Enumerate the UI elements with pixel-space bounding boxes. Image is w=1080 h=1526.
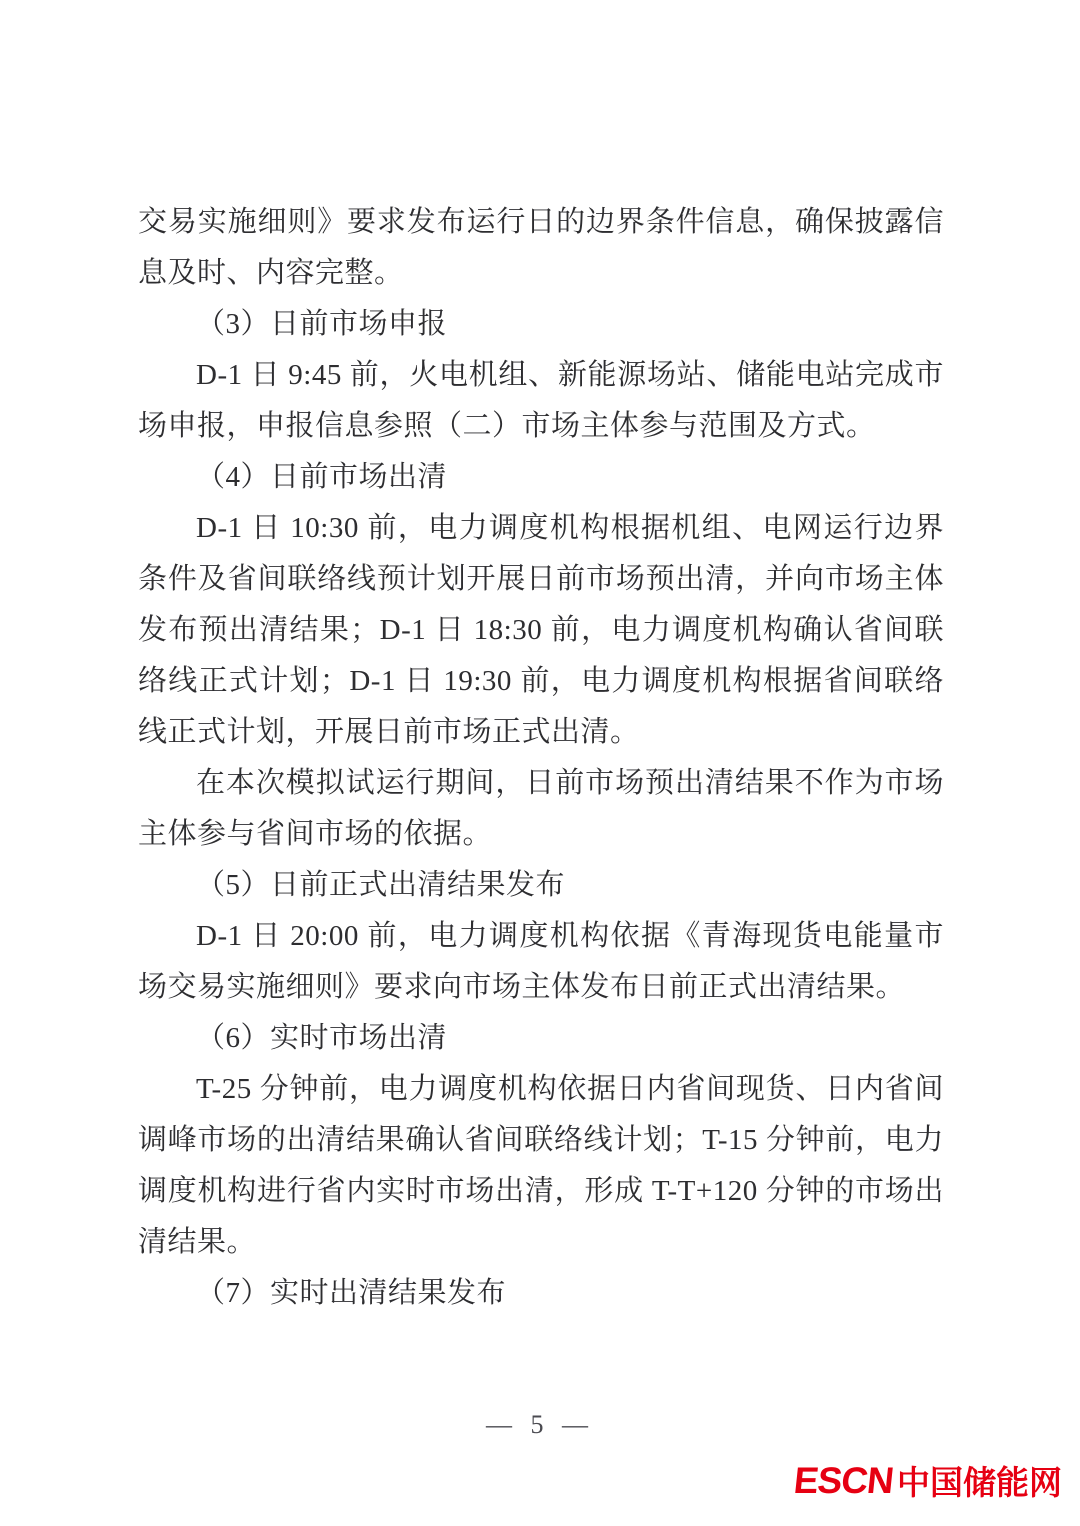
paragraph-simulation-note: 在本次模拟试运行期间，日前市场预出清结果不作为市场主体参与省间市场的依据。 xyxy=(138,758,944,860)
section-heading-realtime-results: （7）实时出清结果发布 xyxy=(138,1268,944,1319)
page-number: — 5 — xyxy=(0,1406,1080,1444)
section-heading-day-ahead-bidding: （3）日前市场申报 xyxy=(138,299,944,350)
paragraph-continuation: 交易实施细则》要求发布运行日的边界条件信息，确保披露信息及时、内容完整。 xyxy=(138,197,944,299)
paragraph-day-ahead-clearing: D-1 日 10:30 前，电力调度机构根据机组、电网运行边界条件及省间联络线预… xyxy=(138,503,944,758)
document-page: 交易实施细则》要求发布运行日的边界条件信息，确保披露信息及时、内容完整。 （3）… xyxy=(0,0,1080,1526)
paragraph-realtime-clearing: T-25 分钟前，电力调度机构依据日内省间现货、日内省间调峰市场的出清结果确认省… xyxy=(138,1064,944,1268)
document-body: 交易实施细则》要求发布运行日的边界条件信息，确保披露信息及时、内容完整。 （3）… xyxy=(138,197,944,1319)
section-heading-day-ahead-results: （5）日前正式出清结果发布 xyxy=(138,860,944,911)
escn-logo-chinese-text: 中国储能网 xyxy=(897,1457,1062,1504)
paragraph-day-ahead-bidding: D-1 日 9:45 前，火电机组、新能源场站、储能电站完成市场申报，申报信息参… xyxy=(138,350,944,452)
section-heading-day-ahead-clearing: （4）日前市场出清 xyxy=(138,452,944,503)
paragraph-day-ahead-results: D-1 日 20:00 前，电力调度机构依据《青海现货电能量市场交易实施细则》要… xyxy=(138,911,944,1013)
escn-logo: ESCN 中国储能网 xyxy=(794,1457,1062,1504)
section-heading-realtime-clearing: （6）实时市场出清 xyxy=(138,1013,944,1064)
escn-logo-latin-text: ESCN xyxy=(792,1460,895,1502)
